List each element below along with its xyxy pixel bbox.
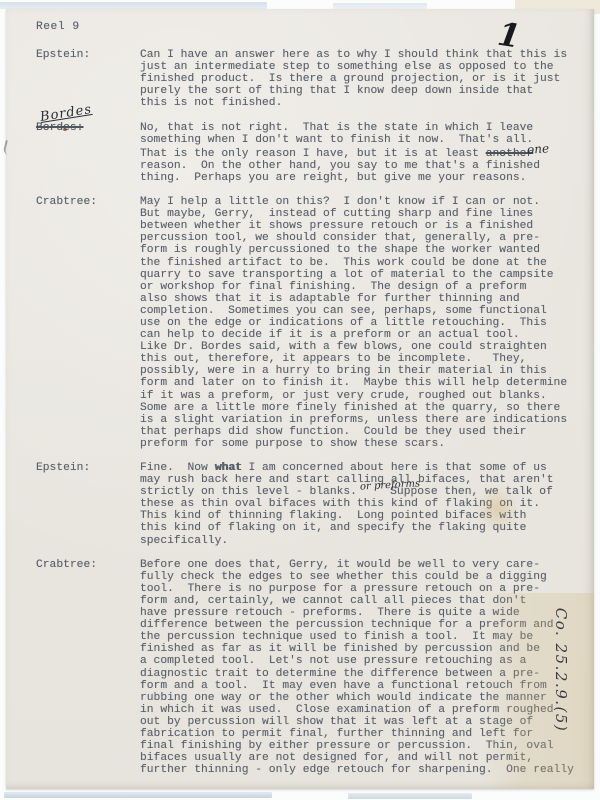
typed-text: form and later on to finish it. Maybe th… <box>140 377 567 389</box>
paper-stain <box>476 486 518 532</box>
dialogue-line: completion. Sometimes you can see, perha… <box>140 305 572 317</box>
typed-text: form and a tool. It may even have a func… <box>140 680 547 692</box>
dialogue-line: also shows that it is adaptable for furt… <box>140 293 572 305</box>
dialogue-line: Before one does that, Gerry, it would be… <box>140 559 572 571</box>
document-page: Reel 9 Epstein:Can I have an answer here… <box>6 9 594 789</box>
typed-text: if it was a preform, or just very crude,… <box>140 390 547 402</box>
typed-text: Like Dr. Bordes said, with a few blows, … <box>140 341 547 353</box>
dialogue-entry: Crabtree:May I help a little on this? I … <box>36 196 594 450</box>
speaker-name: Epstein: <box>36 462 90 474</box>
dialogue-line: diagnostic trait to determine the differ… <box>140 668 572 680</box>
typed-text: have pressure retouch - preforms. There … <box>140 607 520 619</box>
dialogue-line: finished product. Is there a ground proj… <box>140 73 572 85</box>
dialogue-line: is a slight variation in preforms, unles… <box>140 414 572 426</box>
page-number-handwritten: 1 <box>496 18 521 53</box>
typed-text: purely the sort of thing that I know dee… <box>140 85 533 97</box>
dialogue-line: reason. On the other hand, you say to me… <box>140 160 572 172</box>
left-edge-mark <box>2 140 15 156</box>
dialogue-line: Some are a little more finely finished a… <box>140 402 572 414</box>
typed-text: use on the edge or indications of a litt… <box>140 317 547 329</box>
dialogue-line: the finished artifact to be. This work c… <box>140 257 572 269</box>
dialogue-entry: Crabtree:Before one does that, Gerry, it… <box>36 559 594 777</box>
dialogue-line: final finishing by either pressure or pe… <box>140 740 572 752</box>
speaker-label: Crabtree: <box>36 559 140 777</box>
typed-text: that perhaps did show function. Could be… <box>140 426 526 438</box>
speech-text: May I help a little on this? I don't kno… <box>140 196 572 450</box>
typed-text: something when I don't want to finish it… <box>140 134 533 146</box>
dialogue-line: specifically. <box>140 535 572 547</box>
dialogue-line: a completed tool. Let's not use pressure… <box>140 655 572 667</box>
typed-text: the finished artifact to be. This work c… <box>140 257 547 269</box>
typed-text: No, that is not right. That is the state… <box>140 122 533 134</box>
typed-text: Before one does that, Gerry, it would be… <box>140 559 540 571</box>
typed-text: fabrication to permit final, further thi… <box>140 728 533 740</box>
typed-text: out by percussion will show that it was … <box>140 716 533 728</box>
typed-text: May I help a little on this? I don't kno… <box>140 196 540 208</box>
dialogue-line: quarry to save transporting a lot of mat… <box>140 269 572 281</box>
dialogue-line: Like Dr. Bordes said, with a few blows, … <box>140 341 572 353</box>
dialogue-line: But maybe, Gerry, instead of cutting sha… <box>140 208 572 220</box>
dialogue-line: form and a tool. It may even have a func… <box>140 680 572 692</box>
dialogue-line: That is the only reason I have, but it i… <box>140 146 572 160</box>
typed-text: between whether it shows pressure retouc… <box>140 220 533 232</box>
typed-text: Fine. Now <box>140 462 215 474</box>
typed-text: just an intermediate step to something e… <box>140 61 554 73</box>
typed-text: final finishing by either pressure or pe… <box>140 740 554 752</box>
typed-text: form is roughly percussioned to the shap… <box>140 244 540 256</box>
dialogue-line: in which it was used. Close examination … <box>140 704 572 716</box>
typed-text: difference between the percussion techni… <box>140 619 554 631</box>
typed-text: a completed tool. Let's not use pressure… <box>140 655 526 667</box>
dialogue-line: between whether it shows pressure retouc… <box>140 220 572 232</box>
dialogue-line: fabrication to permit final, further thi… <box>140 728 572 740</box>
typed-text: or workshop for final finishing. The des… <box>140 281 526 293</box>
speaker-name: Crabtree: <box>36 196 97 208</box>
dialogue-line: No, that is not right. That is the state… <box>140 122 572 134</box>
typed-text: reason. On the other hand, you say to me… <box>140 160 540 172</box>
dialogue-line: something when I don't want to finish it… <box>140 134 572 146</box>
handwritten-insertion: one <box>527 142 550 156</box>
dialogue-line: or workshop for final finishing. The des… <box>140 281 572 293</box>
typed-text: That is the only reason I have, but it i… <box>140 148 486 160</box>
dialogue-line: thing. Perhaps you are reight, but give … <box>140 172 572 184</box>
typed-text: bifaces usually are not designed for, an… <box>140 752 533 764</box>
typed-text: this is not finished. <box>140 97 282 109</box>
typed-text: can help to decide if it is a preform or… <box>140 329 520 341</box>
dialogue-line: may rush back here and start calling all… <box>140 474 572 486</box>
dialogue-line: this out, therefore, it appears to be in… <box>140 353 572 365</box>
dialogue-line: form and later on to finish it. Maybe th… <box>140 377 572 389</box>
dialogue-line: bifaces usually are not designed for, an… <box>140 752 572 764</box>
typed-text: is a slight variation in preforms, unles… <box>140 414 567 426</box>
dialogue-line: further thinning - only edge retouch for… <box>140 764 572 776</box>
typed-text: preform for some purpose to show these s… <box>140 438 445 450</box>
typed-text: this kind of flaking on it, and specify … <box>140 522 526 534</box>
dialogue-line: rubbing one way or the other which would… <box>140 692 572 704</box>
dialogue-line: have pressure retouch - preforms. There … <box>140 607 572 619</box>
typed-text: percussion tool, we should consider that… <box>140 232 540 244</box>
dialogue-entry: Epstein:Can I have an answer here as to … <box>36 49 594 109</box>
dialogue-line: if it was a preform, or just very crude,… <box>140 390 572 402</box>
dialogue-entry: Bordes:BordesNo, that is not right. That… <box>36 122 594 184</box>
typed-text: This kind of thinning flaking. Long poin… <box>140 510 526 522</box>
overtyped-text: what <box>215 462 242 474</box>
speaker-label: Crabtree: <box>36 196 140 450</box>
speech-text: No, that is not right. That is the state… <box>140 122 572 184</box>
speaker-label: Epstein: <box>36 49 140 109</box>
dialogue-line: form and, certainly, we cannot call all … <box>140 595 572 607</box>
dialogue-line: finished as far as it will be finished b… <box>140 643 572 655</box>
dialogue-line: tool. There is no purpose for a pressure… <box>140 583 572 595</box>
dialogue-line: out by percussion will show that it was … <box>140 716 572 728</box>
typed-text: form and, certainly, we cannot call all … <box>140 595 526 607</box>
dialogue-line: just an intermediate step to something e… <box>140 61 572 73</box>
dialogue-line: preform for some purpose to show these s… <box>140 438 572 450</box>
typed-text: this out, therefore, it appears to be in… <box>140 353 526 365</box>
margin-note-accession: Co. 25.2.9.(5) <box>555 570 567 770</box>
speech-text: Before one does that, Gerry, it would be… <box>140 559 572 777</box>
scan-shadow-bar <box>4 792 272 798</box>
dialogue-line: purely the sort of thing that I know dee… <box>140 85 572 97</box>
typed-text: further thinning - only edge retouch for… <box>140 764 574 776</box>
speaker-label: Bordes:Bordes <box>36 122 140 184</box>
typed-text: quarry to save transporting a lot of mat… <box>140 269 554 281</box>
typed-text: tool. There is no purpose for a pressure… <box>140 583 540 595</box>
scan-shadow-bar <box>348 793 472 799</box>
dialogue-line: use on the edge or indications of a litt… <box>140 317 572 329</box>
dialogue-line: Fine. Now what I am concerned about here… <box>140 462 572 474</box>
dialogue-line: possibly, were in a hurry to bring in th… <box>140 365 572 377</box>
typed-text: possibly, were in a hurry to bring in th… <box>140 365 547 377</box>
dialogue-line: this is not finished. <box>140 97 572 109</box>
typed-text: But maybe, Gerry, instead of cutting sha… <box>140 208 533 220</box>
transcript-body: Epstein:Can I have an answer here as to … <box>36 49 594 776</box>
speech-text: Can I have an answer here as to why I sh… <box>140 49 572 109</box>
typed-text: finished product. Is there a ground proj… <box>140 73 560 85</box>
typed-text: fully check the edges to see whether thi… <box>140 571 547 583</box>
typed-text: strictly on this level - blanks. <box>140 486 357 498</box>
typed-text: completion. Sometimes you can see, perha… <box>140 305 547 317</box>
dialogue-line: fully check the edges to see whether thi… <box>140 571 572 583</box>
dialogue-line: that perhaps did show function. Could be… <box>140 426 572 438</box>
typed-text: also shows that it is adaptable for furt… <box>140 293 520 305</box>
typed-text: diagnostic trait to determine the differ… <box>140 668 540 680</box>
typed-text: may rush back here and start calling all… <box>140 474 554 486</box>
dialogue-line: May I help a little on this? I don't kno… <box>140 196 572 208</box>
typed-text: specifically. <box>140 535 228 547</box>
scan-shadow-bar <box>0 2 267 9</box>
typed-text: the percussion technique used to finish … <box>140 631 533 643</box>
dialogue-line: the percussion technique used to finish … <box>140 631 572 643</box>
typed-text: I am concerned about here is that some o… <box>242 462 547 474</box>
typed-text: in which it was used. Close examination … <box>140 704 554 716</box>
speaker-name: Epstein: <box>36 49 90 61</box>
typed-text: thing. Perhaps you are reight, but give … <box>140 172 526 184</box>
typed-text: rubbing one way or the other which would… <box>140 692 547 704</box>
dialogue-line: difference between the percussion techni… <box>140 619 572 631</box>
typed-text: finished as far as it will be finished b… <box>140 643 540 655</box>
dialogue-line: can help to decide if it is a preform or… <box>140 329 572 341</box>
dialogue-line: percussion tool, we should consider that… <box>140 232 572 244</box>
speaker-name: Crabtree: <box>36 559 97 571</box>
dialogue-line: form is roughly percussioned to the shap… <box>140 244 572 256</box>
speaker-label: Epstein: <box>36 462 140 547</box>
typed-text: Some are a little more finely finished a… <box>140 402 560 414</box>
